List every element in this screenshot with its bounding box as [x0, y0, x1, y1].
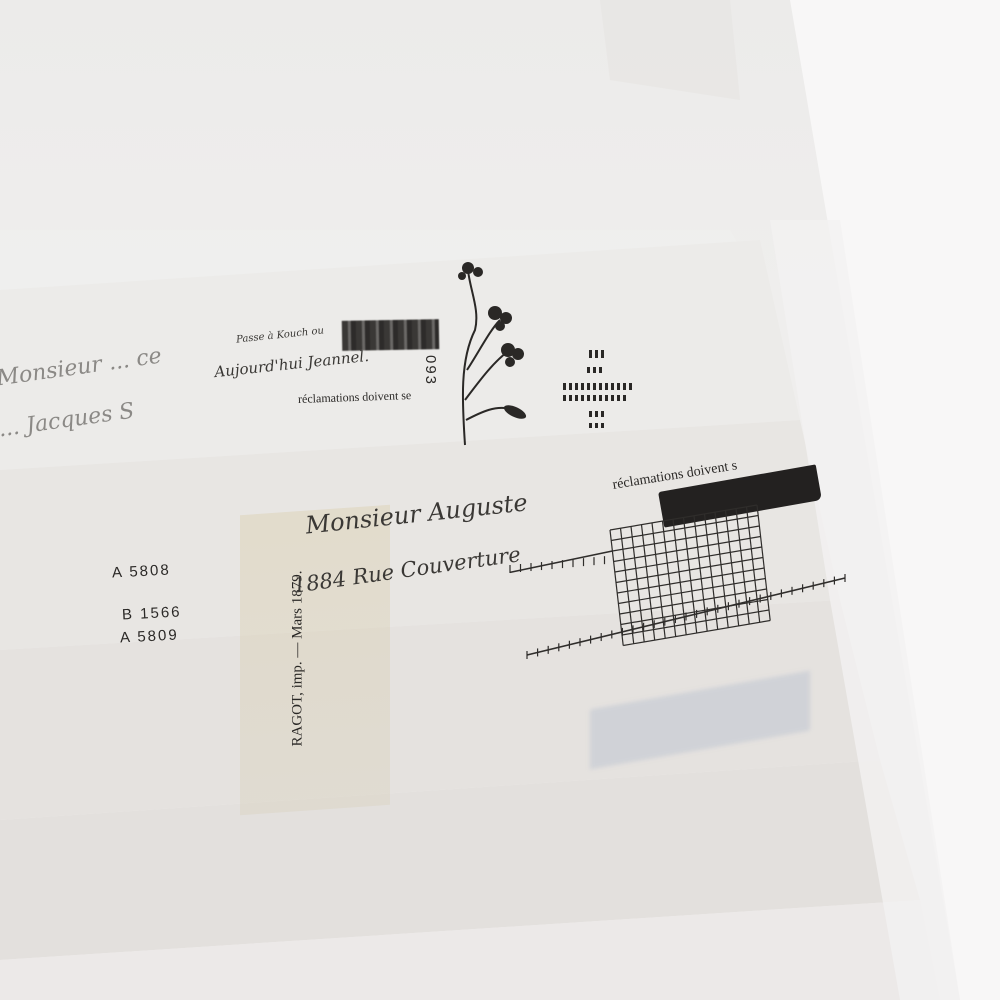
- graph-grid-icon: [0, 0, 1000, 1000]
